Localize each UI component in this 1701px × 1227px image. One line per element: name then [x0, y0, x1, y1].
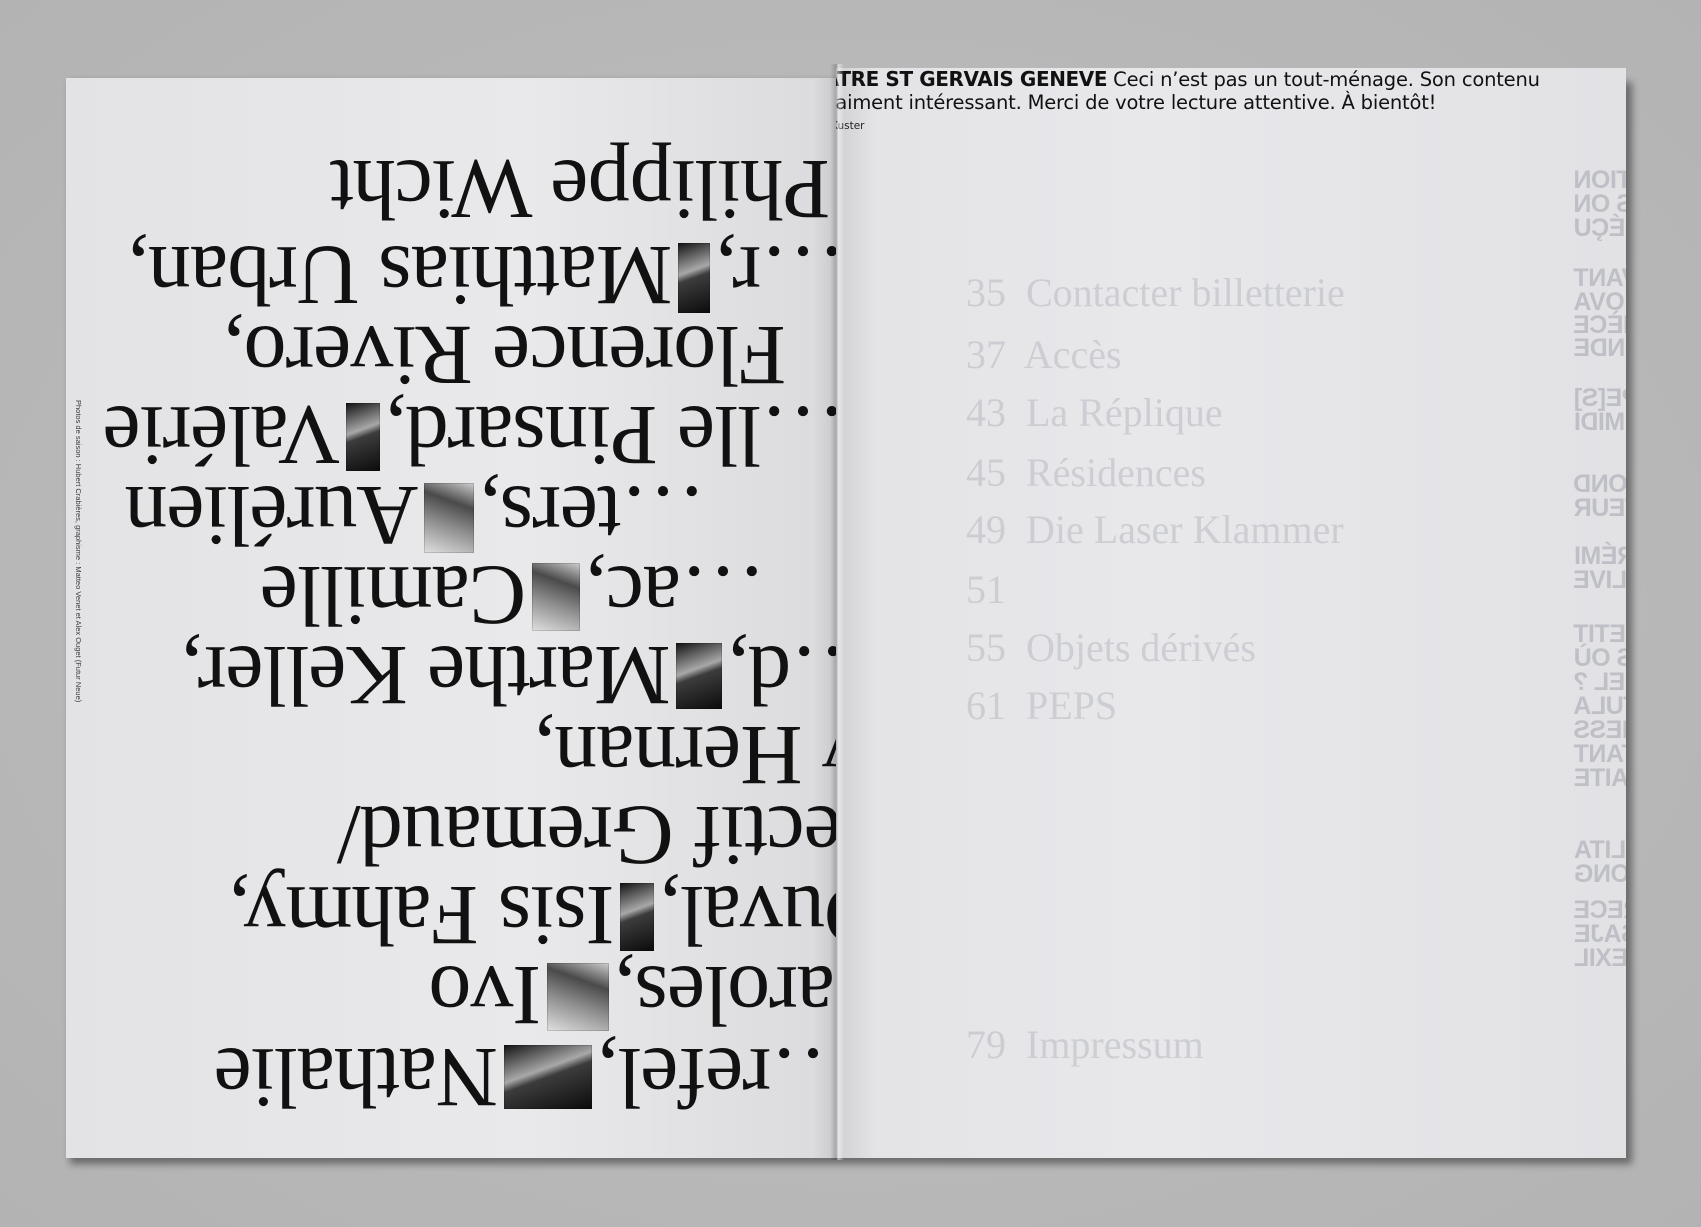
photo-thumbnail	[532, 563, 580, 631]
ghost-index-item: 37 Accès	[966, 333, 1122, 377]
ghost-title: LE MONDE EST ROND	[1574, 472, 1626, 496]
signature: Sandrine Kuster	[836, 120, 1551, 132]
binding-gutter	[830, 64, 844, 1160]
photo-thumbnail	[678, 243, 710, 313]
name-line: Duval,Isis Fahmy,	[230, 876, 836, 956]
ghost-title: DUCTUS MIDI	[1574, 410, 1626, 434]
ghost-title: POLYMPE[S]	[1574, 386, 1626, 410]
photo-thumbnail	[547, 963, 609, 1031]
ghost-index-item: 45 Résidences	[966, 451, 1206, 495]
ghost-index-item: 79 Impressum	[966, 1023, 1204, 1067]
name-line: …ters,Aurélien	[125, 476, 706, 556]
photo-thumbnail	[677, 643, 723, 709]
name-line: …refel,Nathalie	[215, 1038, 836, 1118]
ghost-title: RÉMI	[1574, 544, 1626, 568]
name-line: Katy Hernan,	[535, 716, 836, 796]
ghost-index-item: 55 Objets dérivés	[966, 626, 1256, 670]
photo-thumbnail	[346, 403, 380, 471]
ghost-index-item: 61 PEPS	[966, 684, 1117, 728]
ghost-title: FRENTE AL PAISAJE	[1574, 922, 1626, 946]
names-block-upside-down: …refel,Nathalie Daroles,Ivo Duval,Isis F…	[66, 78, 836, 1158]
ghost-title: LOLITA	[1574, 838, 1626, 862]
ghost-index-item: 51	[966, 568, 1006, 612]
name-line: Collectif Gremaud/	[338, 796, 836, 876]
ghost-title: MOI-MÊME, JE ME SUIS DÉÇU	[1574, 216, 1626, 240]
photo-thumbnail	[424, 483, 474, 553]
ghost-title: LE SEXE C’EST DÉGOÛTANT	[1574, 742, 1626, 766]
name-line: …r,Matthias Urban,	[128, 236, 836, 316]
ghost-index-item: 43 La Réplique	[966, 391, 1223, 435]
ghost-title: ALL EYES ON	[1574, 192, 1626, 216]
ghost-title: BUSINESS	[1574, 718, 1626, 742]
ghost-title: EST DONC PASSÉ JEAN-MICHEL ?	[1574, 670, 1626, 694]
ghost-title: BIOTRUC AU FOUR OU MAIS OÙ	[1574, 646, 1626, 670]
name-line: …d,Marthe Keller,	[182, 636, 836, 716]
ghost-index-item: 49 Die Laser Klammer	[966, 508, 1344, 552]
ghost-title: LE MONDE	[1574, 336, 1626, 360]
ghost-title: BAD TRANSLATION	[1574, 168, 1626, 192]
photo-thumbnail	[504, 1045, 592, 1109]
ghost-title: RETOUR À L’EXPÉDITEUR	[1574, 496, 1626, 520]
name-line: Daroles,Ivo	[429, 956, 836, 1036]
ghost-title: AVANT	[1574, 266, 1626, 290]
ghost-title: LA POSIBILIDAD QUE DESAPARECE	[1574, 898, 1626, 922]
theatre-name: THEATRE ST GERVAIS GENEVE	[836, 68, 1107, 91]
photo-credit: Photos de saison : Hubert Crabières, gra…	[74, 400, 83, 702]
ghost-index-item: 35 Contacter billetterie	[966, 271, 1345, 315]
ghost-title: MANUEL D’EXIL	[1574, 946, 1626, 970]
ghost-title: THIS IS NOT A LOVE SONG	[1574, 862, 1626, 886]
name-line: Florence Rivero,	[224, 316, 786, 396]
intro-block: THEATRE ST GERVAIS GENEVE Ceci n’est pas…	[836, 68, 1551, 132]
ghost-title: AVANT LA RETRAITE	[1574, 766, 1626, 790]
intro-paragraph: THEATRE ST GERVAIS GENEVE Ceci n’est pas…	[836, 68, 1551, 114]
photo-thumbnail	[620, 883, 654, 951]
ghost-title: VIE ET MORT DE PETULA	[1574, 694, 1626, 718]
name-line: Philippe Wicht	[331, 150, 830, 230]
ghost-title: LIVE	[1574, 568, 1626, 592]
ghost-title: JE VOUS AI PRÉPARÉ UN PETIT	[1574, 622, 1626, 646]
name-line: …lle Pinsard,Valérie	[104, 396, 836, 476]
right-page: 35 Contacter billetterie 37 Accès 43 La …	[836, 68, 1626, 1158]
left-page: …refel,Nathalie Daroles,Ivo Duval,Isis F…	[66, 78, 836, 1158]
name-line: …ac,Camille	[261, 556, 766, 636]
